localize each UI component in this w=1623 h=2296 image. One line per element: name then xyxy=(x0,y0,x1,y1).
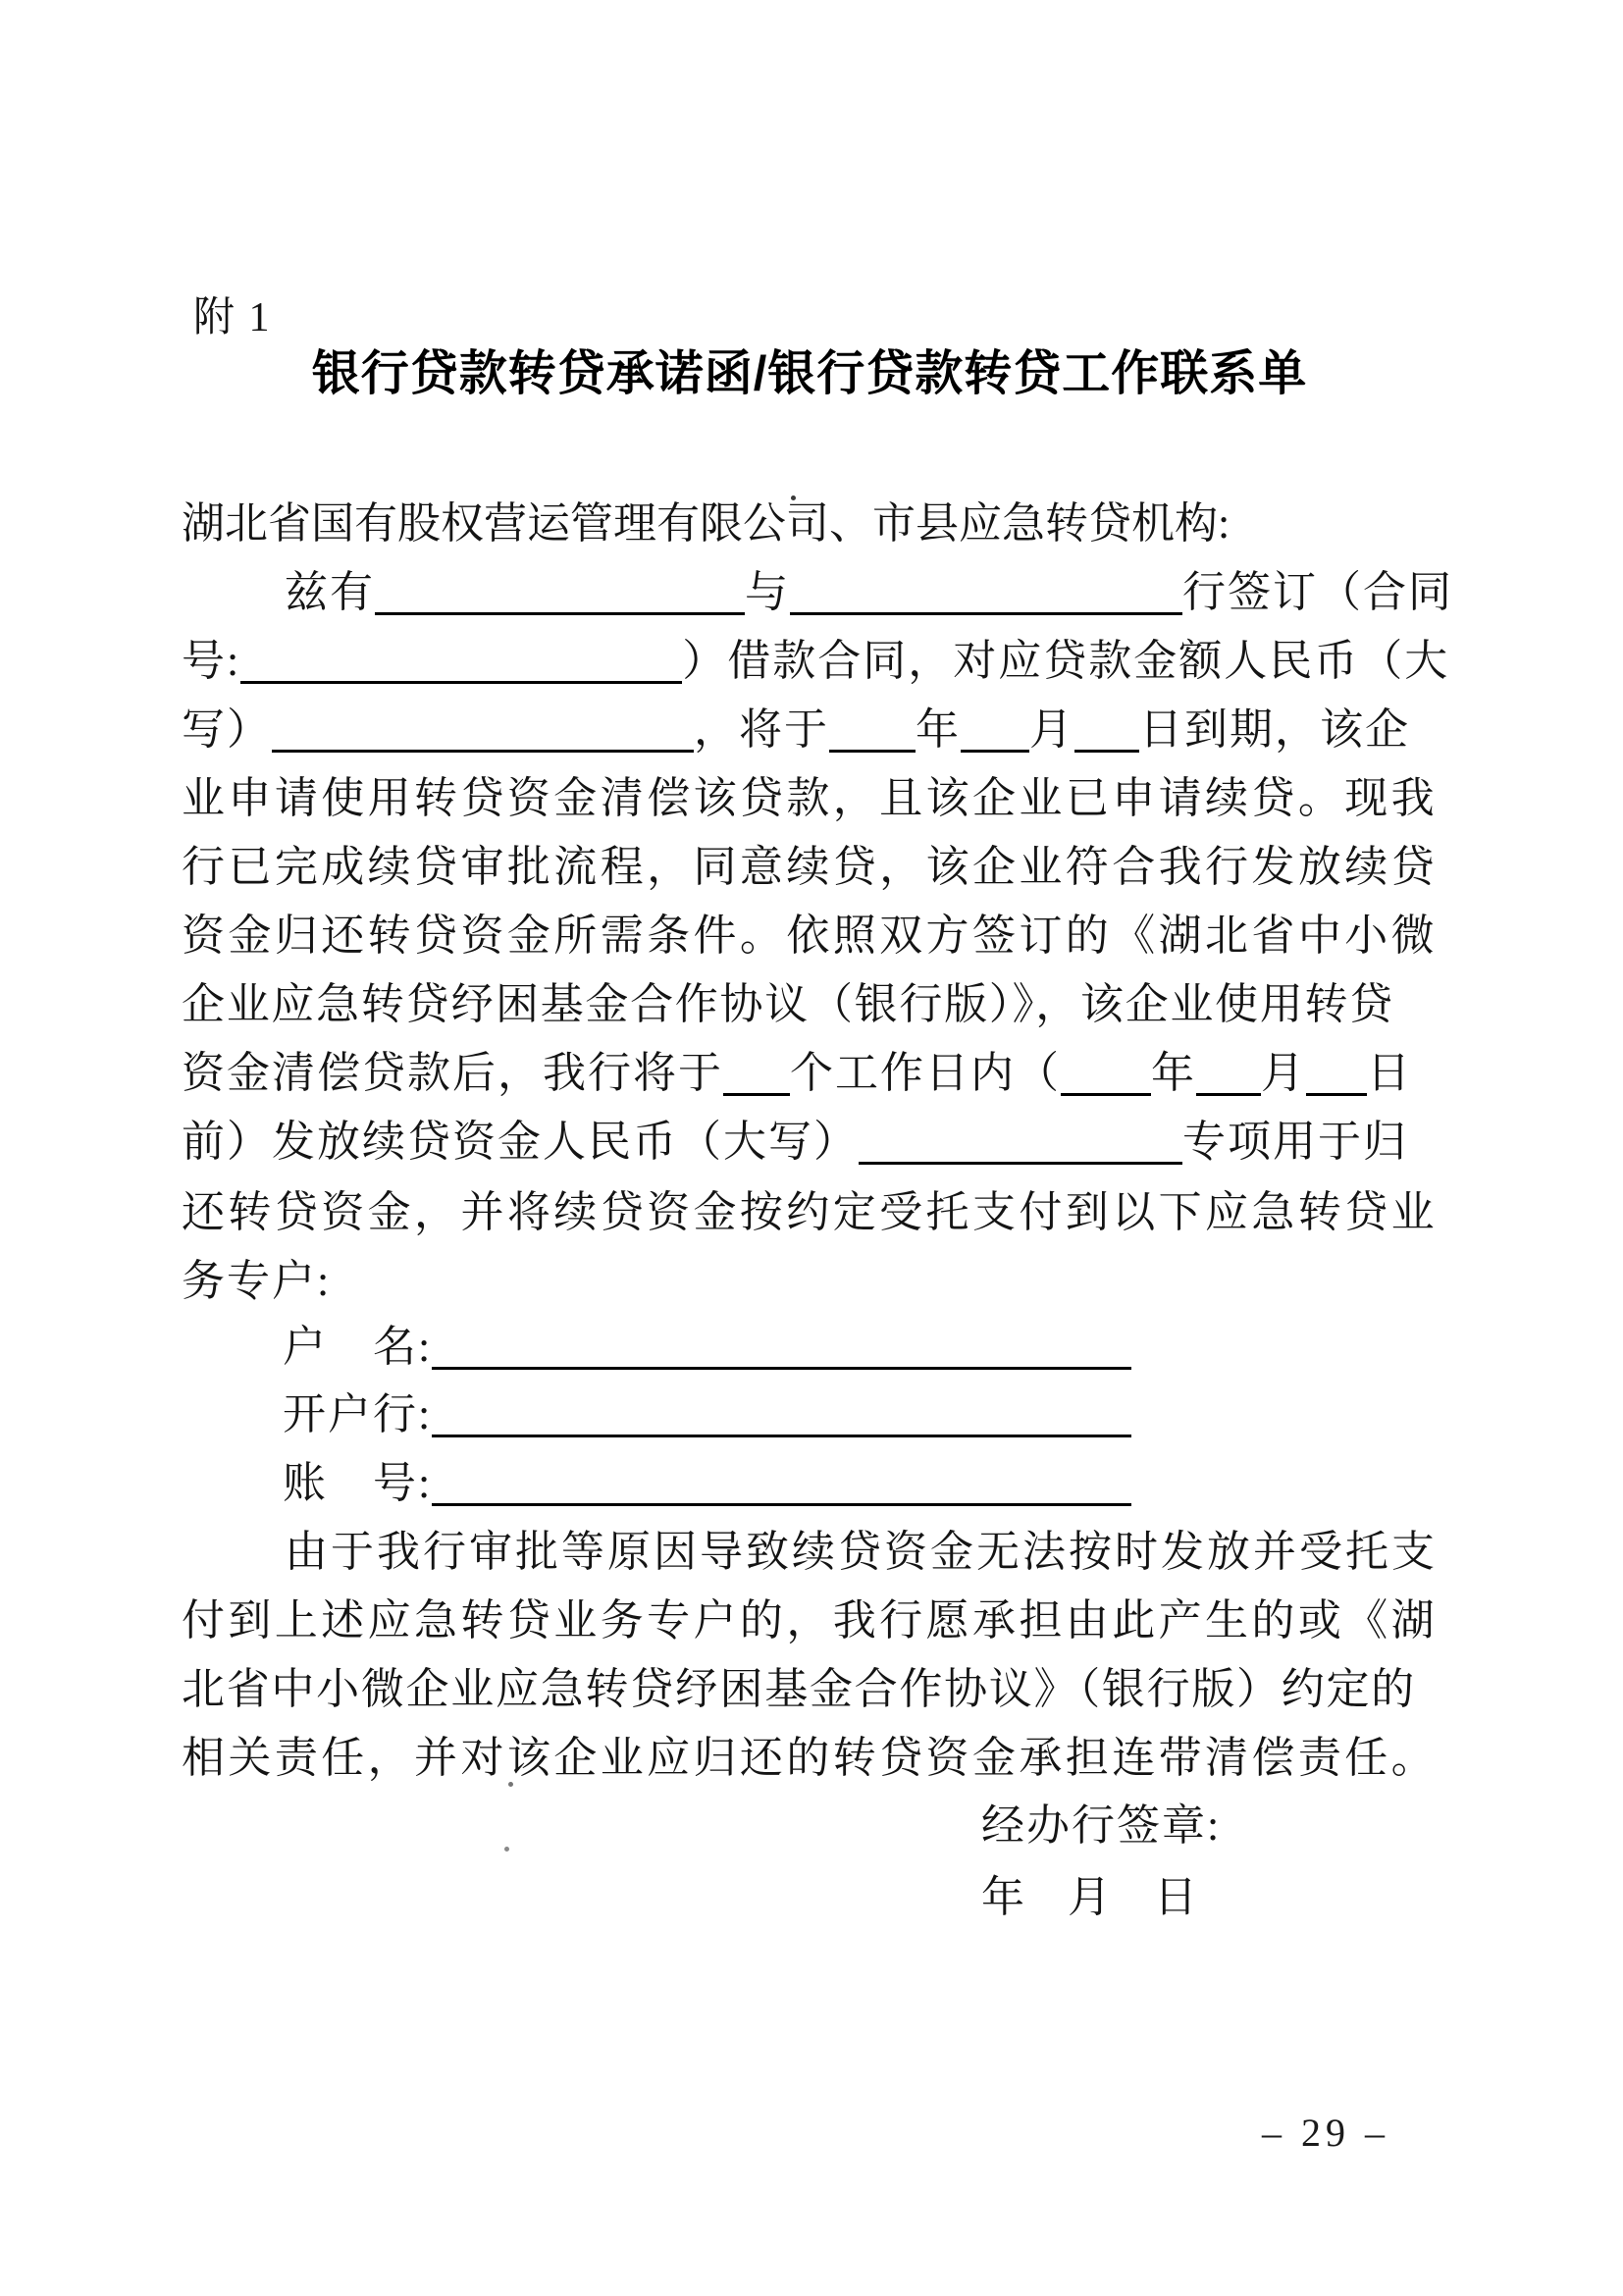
text-run: 开户行: xyxy=(283,1390,432,1438)
text-run: 与 xyxy=(745,568,790,616)
blank-field-line xyxy=(272,716,694,753)
text-run: 专项用于归 xyxy=(1182,1118,1408,1166)
blank-field-line xyxy=(1306,1060,1367,1096)
body-line-14: 北省中小微企业应急转贷纾困基金合作协议》（银行版）约定的 xyxy=(182,1662,1438,1717)
blank-field-line xyxy=(1074,716,1139,753)
body-line-9: 前）发放续贷资金人民币（大写）专项用于归 xyxy=(182,1115,1408,1170)
text-run: 相关责任，并对该企业应归还的转贷资金承担连带清偿责任。 xyxy=(182,1734,1438,1782)
text-run: 资金归还转贷资金所需条件。依照双方签订的《湖北省中小微 xyxy=(182,912,1438,960)
attachment-label: 附 1 xyxy=(193,290,272,345)
text-run: 个工作日内（ xyxy=(790,1049,1061,1097)
text-run: 月 xyxy=(1029,705,1074,754)
blank-field-line xyxy=(1196,1060,1261,1096)
blank-field-line xyxy=(961,716,1029,753)
body-line-11: 务专户: xyxy=(182,1254,331,1309)
text-run: ，将于 xyxy=(694,705,829,754)
body-line-10: 还转贷资金，并将续贷资金按约定受托支付到以下应急转贷业 xyxy=(182,1185,1438,1240)
bank-branch-row: 开户行: xyxy=(283,1387,1131,1442)
text-run: 务专户: xyxy=(182,1257,331,1305)
blank-field-line xyxy=(432,1401,1131,1437)
blank-field-line xyxy=(829,716,916,753)
text-run: 业申请使用转贷资金清偿该贷款，且该企业已申请续贷。现我 xyxy=(182,774,1438,822)
body-line-13: 付到上述应急转贷业务专户的，我行愿承担由此产生的或《湖 xyxy=(182,1593,1438,1648)
text-run: 还转贷资金，并将续贷资金按约定受托支付到以下应急转贷业 xyxy=(182,1188,1438,1236)
date-line: 年 月 日 xyxy=(981,1870,1197,1925)
text-run: 账 号: xyxy=(283,1459,432,1507)
text-run: 经办行签章: xyxy=(981,1801,1221,1850)
blank-field-line xyxy=(1061,1060,1151,1096)
text-run: 行已完成续贷审批流程，同意续贷，该企业符合我行发放续贷 xyxy=(182,843,1438,891)
blank-field-line xyxy=(790,579,1182,615)
page-number: – 29 – xyxy=(1262,2110,1389,2156)
text-run: 月 xyxy=(1261,1049,1306,1097)
body-line-6: 资金归还转贷资金所需条件。依照双方签订的《湖北省中小微 xyxy=(182,909,1438,964)
text-run: 资金清偿贷款后，我行将于 xyxy=(182,1049,723,1097)
text-run: 日到期，该企 xyxy=(1139,705,1410,754)
scan-speck xyxy=(791,496,796,500)
signature-label: 经办行签章: xyxy=(981,1799,1221,1853)
document-page: 附 1银行贷款转贷承诺函/银行贷款转贷工作联系单湖北省国有股权营运管理有限公司、… xyxy=(0,0,1623,2296)
text-run: 兹有 xyxy=(285,568,375,616)
body-line-12: 由于我行审批等原因导致续贷资金无法按时发放并受托支 xyxy=(285,1525,1438,1580)
scan-speck xyxy=(504,1847,509,1852)
account-name-row: 户 名: xyxy=(283,1320,1131,1375)
body-line-7: 企业应急转贷纾困基金合作协议（银行版）》，该企业使用转贷 xyxy=(182,977,1438,1032)
text-run: 年 月 日 xyxy=(981,1873,1197,1921)
body-line-1: 兹有与行签订（合同 xyxy=(285,565,1453,620)
text-run: 写） xyxy=(182,705,272,754)
blank-field-line xyxy=(432,1333,1131,1370)
text-run: ）借款合同，对应贷款金额人民币（大 xyxy=(682,637,1449,685)
text-run: 号: xyxy=(182,637,240,685)
text-run: 行签订（合同 xyxy=(1182,568,1453,616)
text-run: 付到上述应急转贷业务专户的，我行愿承担由此产生的或《湖 xyxy=(182,1596,1438,1644)
text-run: 银行贷款转贷承诺函/银行贷款转贷工作联系单 xyxy=(312,347,1308,400)
document-title: 银行贷款转贷承诺函/银行贷款转贷工作联系单 xyxy=(182,343,1438,404)
body-line-2: 号:）借款合同，对应贷款金额人民币（大 xyxy=(182,634,1449,689)
scan-speck xyxy=(508,1782,513,1787)
text-run: 前）发放续贷资金人民币（大写） xyxy=(182,1118,859,1166)
text-run: 年 xyxy=(1151,1049,1196,1097)
body-line-5: 行已完成续贷审批流程，同意续贷，该企业符合我行发放续贷 xyxy=(182,840,1438,895)
text-run: 湖北省国有股权营运管理有限公司、市县应急转贷机构: xyxy=(182,499,1230,548)
blank-field-line xyxy=(240,648,682,684)
salutation-line: 湖北省国有股权营运管理有限公司、市县应急转贷机构: xyxy=(182,496,1230,551)
blank-field-line xyxy=(432,1470,1131,1506)
blank-field-line xyxy=(375,579,745,615)
body-line-4: 业申请使用转贷资金清偿该贷款，且该企业已申请续贷。现我 xyxy=(182,771,1438,826)
text-run: 户 名: xyxy=(283,1323,432,1371)
text-run: 企业应急转贷纾困基金合作协议（银行版）》，该企业使用转贷 xyxy=(182,980,1394,1028)
text-run: 附 1 xyxy=(193,295,272,340)
body-line-15: 相关责任，并对该企业应归还的转贷资金承担连带清偿责任。 xyxy=(182,1731,1438,1786)
account-number-row: 账 号: xyxy=(283,1456,1131,1511)
text-run: 北省中小微企业应急转贷纾困基金合作协议》（银行版）约定的 xyxy=(182,1665,1416,1713)
text-run: 日 xyxy=(1367,1049,1412,1097)
blank-field-line xyxy=(859,1128,1182,1165)
body-line-8: 资金清偿贷款后，我行将于个工作日内（年月日 xyxy=(182,1046,1412,1101)
text-run: 年 xyxy=(916,705,961,754)
body-line-3: 写），将于年月日到期，该企 xyxy=(182,703,1410,757)
text-run: 由于我行审批等原因导致续贷资金无法按时发放并受托支 xyxy=(285,1528,1438,1576)
blank-field-line xyxy=(723,1060,790,1096)
